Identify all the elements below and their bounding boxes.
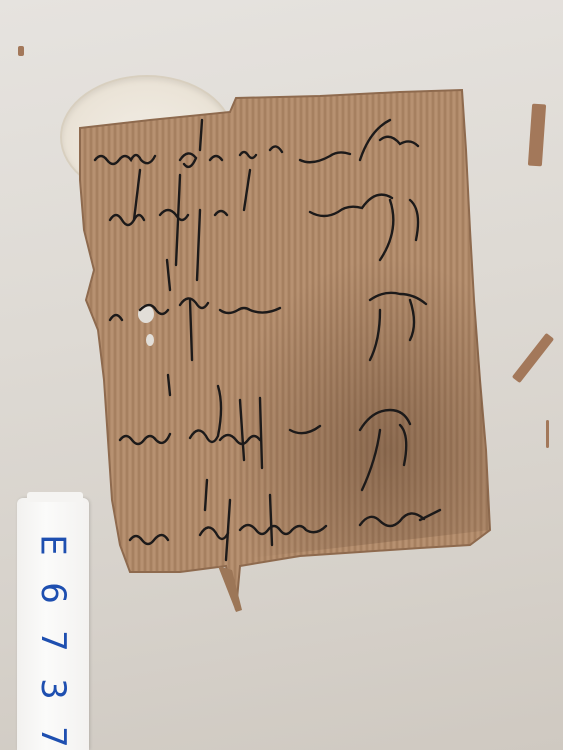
label-char: 7 bbox=[34, 630, 72, 652]
papyrus-debris bbox=[18, 46, 24, 56]
label-char: 3 bbox=[34, 678, 72, 700]
label-char: 6 bbox=[34, 582, 72, 604]
photo-scene: E 6 7 3 7 bbox=[0, 0, 563, 750]
inventory-label: E 6 7 3 7 bbox=[17, 498, 89, 750]
papyrus-debris bbox=[546, 420, 549, 448]
inventory-number: E 6 7 3 7 bbox=[17, 526, 89, 750]
label-char: E bbox=[34, 534, 72, 555]
label-char: 7 bbox=[34, 726, 72, 748]
